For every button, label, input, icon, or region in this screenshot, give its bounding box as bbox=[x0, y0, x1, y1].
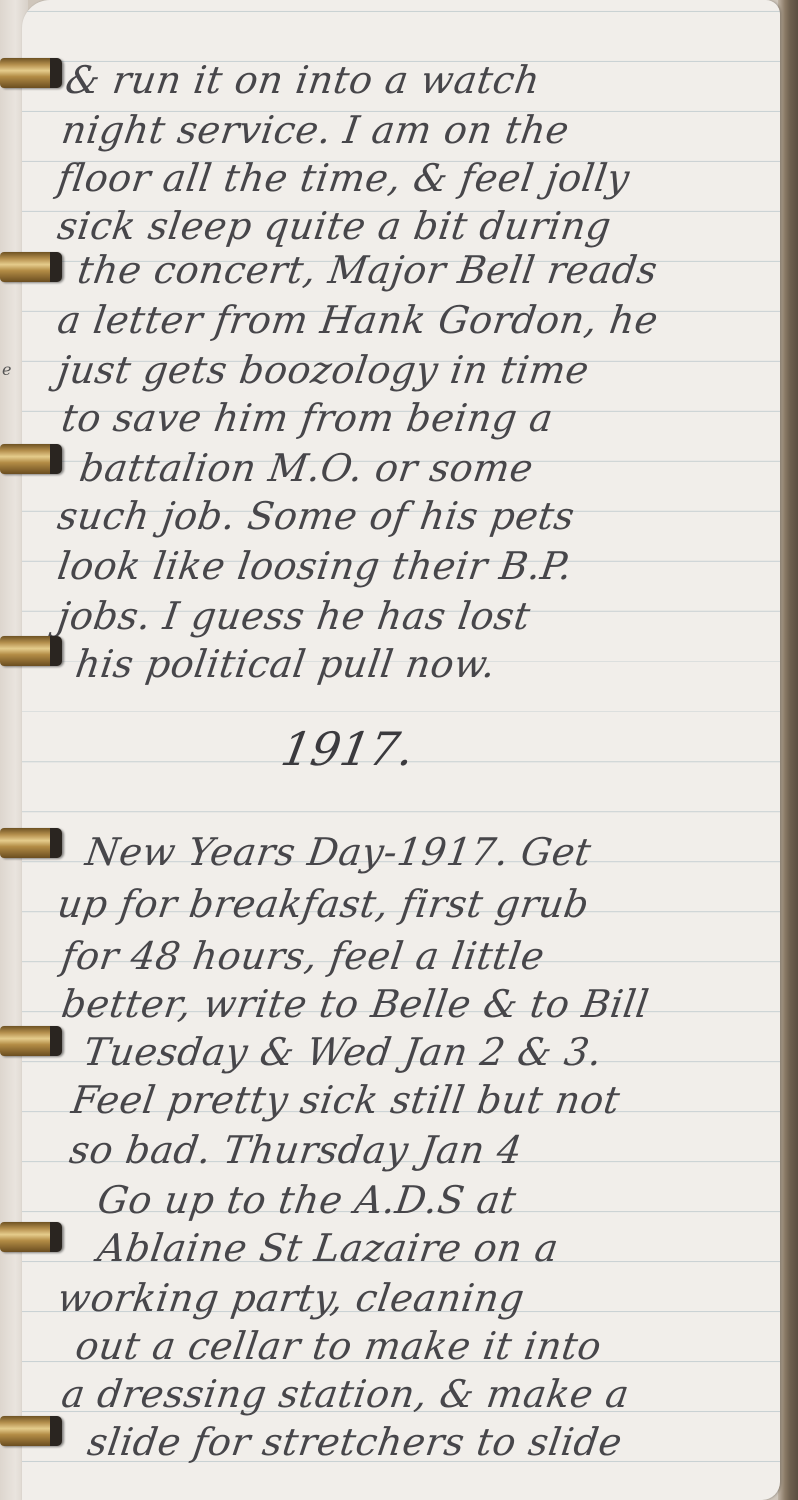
binder-ring-icon bbox=[0, 1026, 62, 1056]
year-heading: 1917. bbox=[277, 722, 418, 776]
text-line: up for breakfast, first grub bbox=[55, 882, 763, 926]
text-line: Go up to the A.D.S at bbox=[95, 1178, 763, 1222]
text-line: jobs. I guess he has lost bbox=[55, 594, 763, 638]
text-line: the concert, Major Bell reads bbox=[75, 248, 763, 292]
text-line: New Years Day-1917. Get bbox=[83, 830, 763, 874]
text-line: floor all the time, & feel jolly bbox=[55, 156, 763, 200]
text-line: battalion M.O. or some bbox=[77, 446, 763, 490]
text-line: Feel pretty sick still but not bbox=[69, 1078, 763, 1122]
text-line: his political pull now. bbox=[73, 642, 763, 686]
text-line: just gets boozology in time bbox=[55, 348, 763, 392]
text-line: Tuesday & Wed Jan 2 & 3. bbox=[81, 1030, 763, 1074]
text-line: such job. Some of his pets bbox=[55, 494, 763, 538]
binder-ring-icon bbox=[0, 1416, 62, 1446]
binder-ring-icon bbox=[0, 636, 62, 666]
diary-page: & run it on into a watch night service. … bbox=[22, 0, 780, 1500]
text-line: look like loosing their B.P. bbox=[55, 544, 763, 588]
text-line: out a cellar to make it into bbox=[73, 1324, 763, 1368]
text-line: a letter from Hank Gordon, he bbox=[55, 298, 763, 342]
binder-ring-icon bbox=[0, 58, 62, 88]
text-line: sick sleep quite a bit during bbox=[55, 204, 763, 248]
text-line: Ablaine St Lazaire on a bbox=[95, 1226, 763, 1270]
binder-ring-icon bbox=[0, 252, 62, 282]
binder-ring-icon bbox=[0, 1222, 62, 1252]
text-line: better, write to Belle & to Bill bbox=[59, 982, 763, 1026]
text-line: a dressing station, & make a bbox=[59, 1372, 763, 1416]
text-line: slide for stretchers to slide bbox=[85, 1420, 763, 1464]
binder-ring-icon bbox=[0, 444, 62, 474]
text-line: so bad. Thursday Jan 4 bbox=[67, 1128, 763, 1172]
previous-page-margin-note: e bbox=[2, 360, 11, 379]
text-line: working party, cleaning bbox=[55, 1276, 763, 1320]
binder-ring-icon bbox=[0, 828, 62, 858]
text-line: & run it on into a watch bbox=[63, 58, 763, 102]
text-line: night service. I am on the bbox=[59, 108, 763, 152]
notebook-cover-edge bbox=[778, 0, 798, 1500]
text-line: to save him from being a bbox=[59, 396, 763, 440]
text-line: for 48 hours, feel a little bbox=[59, 934, 763, 978]
